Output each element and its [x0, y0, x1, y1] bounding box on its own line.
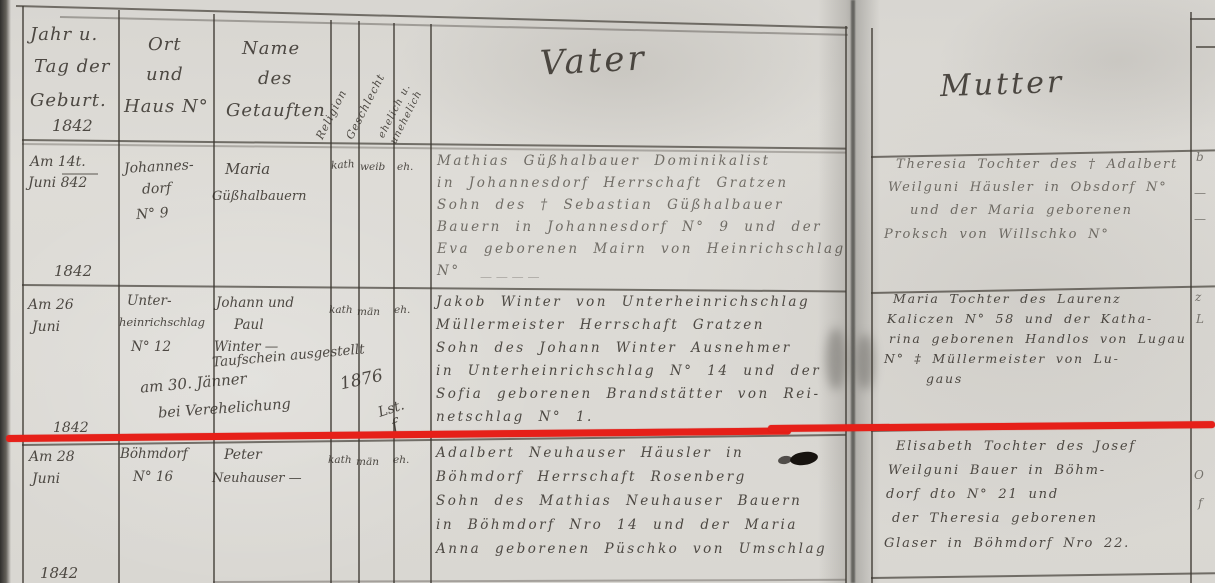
place-house: Johannes- — [124, 158, 194, 176]
mother-entry: gaus — [926, 373, 963, 386]
row-separator — [22, 284, 846, 292]
column-header-name: Name — [242, 40, 300, 58]
mother-entry: Proksch von Willschko N° — [884, 228, 1110, 241]
father-entry: Eva geborenen Mairn von Heinrichschlag — [437, 243, 846, 257]
register-scan-page: Jahr u. Tag der Geburt. 1842 Ort und Hau… — [0, 0, 1215, 583]
column-header-date: Geburt. — [30, 92, 107, 110]
place-house: dorf — [142, 181, 172, 197]
religion-entry: kath — [328, 455, 352, 466]
table-rule-top2 — [60, 16, 848, 35]
father-entry: netschlag N° 1. — [436, 411, 594, 425]
birth-date: Juni — [32, 320, 60, 334]
column-header-date: Jahr u. — [30, 26, 98, 44]
baptized-name: Paul — [234, 319, 264, 333]
mother-entry: der Theresia geborenen — [892, 512, 1098, 525]
column-header-place: Ort — [148, 36, 182, 54]
mother-entry: rina geborenen Handlos von Lugau — [889, 333, 1187, 346]
birth-date: Juni 842 — [28, 176, 87, 190]
baptized-name: Neuhauser — — [212, 472, 302, 485]
baptized-name: Johann und — [216, 297, 294, 311]
father-entry: Sohn des † Sebastian Güßhalbauer — [437, 199, 784, 213]
sex-entry: män — [357, 307, 380, 318]
column-header-name: des — [258, 70, 292, 88]
religion-entry: kath — [331, 159, 355, 171]
table-rule — [871, 28, 873, 583]
table-rule — [1196, 46, 1215, 48]
legitimacy-entry: eh. — [393, 455, 409, 466]
marginal-note: am 30. Jänner — [140, 371, 248, 395]
column-header-date: Tag der — [34, 58, 110, 76]
mother-entry: N° ‡ Müllermeister von Lu- — [884, 353, 1120, 366]
baptized-name: Maria — [225, 162, 270, 177]
birth-date: Juni — [32, 472, 60, 486]
table-rule — [213, 14, 215, 583]
father-entry: in Böhmdorf Nro 14 und der Maria — [436, 519, 798, 533]
marginal-note-year: 1876 — [339, 368, 385, 394]
father-entry: N° — [437, 265, 461, 279]
table-rule — [845, 26, 847, 583]
father-entry: Bauern in Johannesdorf N° 9 und der — [437, 221, 822, 235]
edge-fragment: — — [1194, 186, 1206, 200]
ink-blot — [777, 455, 792, 465]
birth-date: Am 28 — [29, 450, 75, 464]
father-entry: Anna geborenen Püschko von Umschlag — [436, 543, 827, 557]
column-header-place: Haus N° — [124, 98, 209, 116]
mother-entry: dorf dto N° 21 und — [886, 488, 1059, 501]
place-house: N° 12 — [131, 341, 171, 355]
mother-entry: Theresia Tochter des † Adalbert — [896, 158, 1178, 171]
father-entry: Sohn des Johann Winter Ausnehmer — [436, 342, 792, 356]
mother-entry: Weilguni Häusler in Obsdorf N° — [888, 181, 1168, 194]
place-house: Unter- — [127, 295, 172, 309]
page-fold-line — [851, 0, 855, 583]
edge-fragment: L — [1196, 312, 1204, 326]
edge-fragment: O — [1194, 468, 1204, 482]
table-rule — [1190, 12, 1192, 583]
ink-blot — [789, 450, 819, 467]
column-header-name: Getauften — [226, 102, 326, 120]
sex-entry: män — [356, 457, 379, 468]
father-entry: Adalbert Neuhauser Häusler in — [436, 447, 744, 461]
year-marker: 1842 — [40, 566, 78, 581]
place-house: Böhmdorf — [120, 448, 188, 462]
father-entry: Jakob Winter von Unterheinrichschlag — [436, 296, 810, 310]
table-rule — [430, 24, 432, 583]
place-house: N° 9 — [136, 206, 170, 222]
year-marker: 1842 — [54, 264, 92, 279]
row-separator — [213, 579, 846, 583]
edge-fragment: b — [1196, 150, 1204, 164]
marginal-note: bei Verehelichung — [158, 397, 292, 421]
place-house: heinrichschlag — [119, 317, 205, 329]
table-rule — [22, 6, 24, 583]
father-entry: Sohn des Mathias Neuhauser Bauern — [436, 495, 802, 509]
legitimacy-entry: eh. — [397, 162, 413, 173]
father-entry: Böhmdorf Herrschaft Rosenberg — [436, 471, 747, 485]
fold-smudge — [826, 328, 846, 390]
header-year: 1842 — [52, 118, 93, 134]
legitimacy-entry: eh. — [394, 305, 410, 316]
book-left-edge-shadow — [0, 0, 11, 583]
mother-entry: Kaliczen N° 58 und der Katha- — [887, 313, 1153, 326]
mother-entry: Weilguni Bauer in Böhm- — [888, 464, 1106, 477]
baptized-name: Peter — [224, 448, 262, 462]
father-entry: Müllermeister Herrschaft Gratzen — [436, 319, 765, 333]
sex-entry: weib — [360, 162, 385, 173]
edge-fragment: z — [1195, 290, 1201, 304]
mother-entry: und der Maria geborenen — [910, 204, 1133, 217]
place-house: N° 16 — [133, 471, 173, 485]
baptized-name: Güßhalbauern — [212, 190, 306, 203]
religion-entry: kath — [329, 305, 353, 316]
table-rule — [1190, 18, 1215, 20]
edge-fragment: — — [1194, 212, 1206, 226]
column-header-mother: Mutter — [940, 68, 1065, 102]
column-header-place: und — [146, 66, 184, 84]
birth-date: Am 14t. — [30, 155, 86, 169]
table-rule — [118, 10, 120, 583]
separator-dashes: — — — — — [480, 270, 539, 284]
mother-entry: Maria Tochter des Laurenz — [893, 293, 1122, 306]
mother-entry: Elisabeth Tochter des Josef — [896, 440, 1136, 453]
edge-fragment: f — [1198, 496, 1202, 510]
row-separator — [871, 572, 1215, 578]
father-entry: Sofia geborenen Brandstätter von Rei- — [436, 388, 821, 402]
birth-date: Am 26 — [28, 298, 74, 312]
father-entry: in Unterheinrichschlag N° 14 und der — [436, 365, 821, 379]
mother-entry: Glaser in Böhmdorf Nro 22. — [884, 537, 1130, 550]
column-header-father: Vater — [539, 41, 647, 81]
year-marker: 1842 — [53, 421, 89, 435]
father-entry: Mathias Güßhalbauer Dominikalist — [437, 155, 771, 169]
father-entry: in Johannesdorf Herrschaft Gratzen — [437, 177, 789, 191]
